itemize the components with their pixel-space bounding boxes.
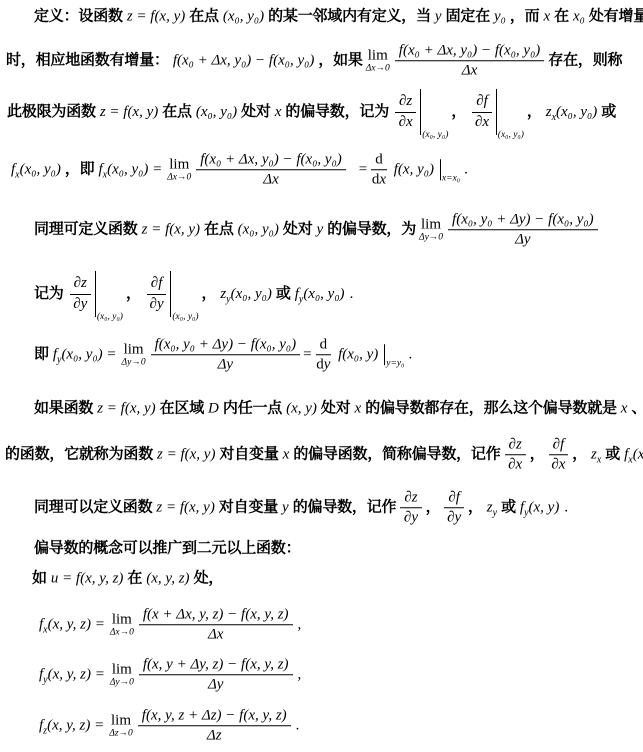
math-var: fx(x, y, z) = [39, 616, 105, 635]
punctuation: , [298, 666, 302, 685]
punctuation: ， [202, 285, 217, 304]
math-run: z = f(x, y) [142, 221, 200, 240]
fraction-numerator: d [371, 151, 387, 170]
eval-bar [95, 271, 96, 317]
fraction-numerator: f(x + Δx, y, z) − f(x, y, z) [139, 606, 293, 625]
text-run: 定义：设函数 [34, 8, 123, 27]
math-run: D [208, 400, 219, 419]
var-rest: (x, y, z) = [47, 718, 104, 734]
fraction-denominator: ∂x [399, 113, 413, 131]
eval-subscript: (x₀, y₀) [498, 130, 524, 142]
limit-label: lim [112, 612, 132, 627]
text-run: ，即 [65, 161, 95, 180]
d-symbol: d [375, 151, 383, 167]
math-run: z = f(x, y) [156, 499, 214, 518]
doc-line-1: 定义：设函数 z = f(x, y) 在点 (x₀, y₀) 的某一邻域内有定义… [33, 8, 643, 27]
eval-bar [420, 89, 421, 135]
var-rest: (x, y) [633, 447, 643, 463]
text-run: 或 [276, 285, 291, 304]
doc-line-9: 的函数，它就称为函数 z = f(x, y) 对自变量 x 的偏导函数，简称偏导… [4, 436, 643, 474]
limit-subscript: Δz→0 [109, 729, 133, 739]
math-var: fy(x, y) [520, 499, 559, 518]
eval-subscript: (x₀, y₀) [422, 130, 448, 142]
math-run: (x, y, z) [146, 570, 189, 589]
text-run: 如果函数 [34, 400, 93, 419]
math-run: f(x₀, y) [338, 346, 378, 365]
fraction-numerator: ∂z [505, 436, 526, 455]
fraction-denominator: ∂x [551, 456, 565, 474]
text-run: 对自变量 [219, 499, 278, 518]
limit-subscript: Δy→0 [419, 233, 443, 243]
text-run: 处， [194, 570, 224, 589]
evaluated-partial: ∂f∂x(x₀, y₀) [469, 89, 524, 135]
text-run: 如 [32, 570, 47, 589]
text-run: 即 [34, 346, 49, 365]
text-run: 或 [605, 446, 620, 465]
eval-subscript: (x₀, y₀) [172, 312, 198, 324]
fraction-numerator: ∂f [147, 275, 167, 294]
text-run: 偏导数的概念可以推广到二元以上函数： [34, 540, 300, 559]
math-var: zx(x₀, y₀) [546, 103, 598, 122]
math-var: fy(x₀, y₀) [295, 285, 345, 304]
fraction: f(x, y, z + Δz) − f(x, y, z)Δz [138, 707, 291, 745]
text-run: 的函数，它就称为函数 [5, 446, 153, 465]
fraction-numerator: ∂z [400, 489, 421, 508]
fraction-denominator: ∂x [508, 456, 522, 474]
evaluated-partial: ∂z∂x(x₀, y₀) [392, 89, 448, 135]
fraction-numerator: d [316, 336, 332, 355]
eval-subscript: y=y₀ [386, 359, 404, 371]
punctuation: . [464, 161, 468, 180]
math-run: y₀ [494, 8, 506, 27]
evaluated-partial: ∂f∂y(x₀, y₀) [144, 271, 199, 317]
math-var: fz(x, y, z) = [39, 717, 104, 736]
limit-operator: limΔy→0 [110, 662, 134, 688]
math-run: y [435, 8, 442, 27]
doc-line-8: 如果函数 z = f(x, y) 在区域 D 内任一点 (x, y) 处对 x … [33, 400, 643, 419]
evaluated-at: y=y₀ [383, 345, 404, 366]
text-run: 或 [601, 103, 616, 122]
fraction-numerator: ∂f [472, 93, 492, 112]
math-run: z = f(x, y) [127, 8, 185, 27]
fraction-numerator: f(x, y, z + Δz) − f(x, y, z) [138, 707, 291, 726]
math-run: x [543, 8, 550, 27]
text-run: 在 [554, 8, 569, 27]
var-rest: (x₀, y₀) [231, 286, 272, 302]
limit-operator: limΔy→0 [122, 342, 146, 368]
punctuation: ， [426, 499, 441, 518]
var-rest: (x, y, z) = [48, 617, 105, 633]
text-run: 同理可定义函数 [34, 221, 138, 240]
math-run: (x₀, y₀) [223, 8, 264, 27]
var-rest: (x₀, y₀) [303, 286, 344, 302]
fraction: f(x₀ + Δx, y₀) − f(x₀, y₀)Δx [395, 42, 545, 80]
limit-operator: limΔy→0 [419, 217, 443, 243]
text-run: 处对 [321, 400, 351, 419]
fraction-denominator: ∂y [150, 295, 164, 313]
text-run: 固定在 [446, 8, 490, 27]
math-run: f(x, y₀) [394, 161, 434, 180]
fraction-numerator: f(x, y + Δy, z) − f(x, y, z) [139, 656, 293, 675]
var-subscript: x [597, 455, 601, 466]
fraction-denominator: dy [316, 356, 330, 374]
eval-bar [384, 345, 385, 366]
fraction-denominator: Δy [218, 356, 233, 374]
var: x [379, 172, 386, 188]
text-run: 在点 [162, 103, 192, 122]
fraction-numerator: ∂z [70, 275, 91, 294]
doc-line-7: 即 fy(x₀, y₀) = limΔy→0 f(x₀, y₀ + Δy) − … [33, 336, 414, 374]
document-page: 定义：设函数 z = f(x, y) 在点 (x₀, y₀) 的某一邻域内有定义… [0, 0, 643, 752]
fraction-denominator: dx [372, 171, 386, 189]
text-run: 时，相应地函数有增量： [6, 52, 169, 71]
doc-line-15: fz(x, y, z) = limΔz→0 f(x, y, z + Δz) − … [36, 707, 301, 745]
eval-subscript: (x₀, y₀) [97, 312, 123, 324]
punctuation: 、 [631, 400, 643, 419]
eval-bar [170, 271, 171, 317]
punctuation: ， [126, 285, 141, 304]
equals-sign: = [359, 161, 367, 180]
doc-line-14: fy(x, y, z) = limΔy→0 f(x, y + Δy, z) − … [36, 656, 303, 694]
fraction: ∂z∂y [70, 275, 91, 313]
text-run: 记为 [34, 285, 64, 304]
text-run: 的偏导数，记作 [293, 499, 397, 518]
var-rest: (x₀, y₀) = [107, 162, 162, 178]
doc-line-5: 同理可定义函数 z = f(x, y) 在点 (x₀, y₀) 处对 y 的偏导… [33, 211, 601, 249]
math-run: z = f(x, y) [97, 400, 155, 419]
text-run: 或 [501, 499, 516, 518]
derivative-fraction: ddx [371, 151, 387, 189]
var-rest: (x, y) [529, 500, 560, 516]
limit-subscript: Δy→0 [110, 678, 134, 688]
fraction: ∂z∂y [400, 489, 421, 527]
var-rest: (x₀, y₀) = [61, 347, 116, 363]
text-run: 同理可以定义函数 [34, 499, 152, 518]
limit-label: lim [124, 342, 144, 357]
text-run: 存在，则称 [548, 52, 622, 71]
math-run: (x, y) [286, 400, 317, 419]
fraction: f(x + Δx, y, z) − f(x, y, z)Δx [139, 606, 293, 644]
punctuation: , [298, 616, 302, 635]
limit-subscript: Δy→0 [122, 358, 146, 368]
math-run: u = f(x, y, z) [51, 570, 124, 589]
doc-line-12: 如 u = f(x, y, z) 在 (x, y, z) 处， [31, 570, 224, 589]
math-run: x [275, 103, 282, 122]
var-rest: (x₀, y₀) [20, 162, 61, 178]
eval-subscript: x=x₀ [442, 174, 460, 186]
text-run: ，如果 [318, 52, 362, 71]
text-run: ，而 [510, 8, 540, 27]
limit-operator: limΔx→0 [110, 612, 134, 638]
punctuation: ， [527, 103, 542, 122]
fraction: ∂z∂x [505, 436, 526, 474]
text-run: 的某一邻域内有定义，当 [268, 8, 431, 27]
fraction-denominator: ∂y [73, 295, 87, 313]
text-run: 的偏导数，记为 [285, 103, 389, 122]
limit-operator: limΔz→0 [109, 713, 133, 739]
doc-line-10: 同理可以定义函数 z = f(x, y) 对自变量 y 的偏导数，记作 ∂z∂y… [33, 489, 570, 527]
math-run: x [283, 446, 290, 465]
text-run: 的偏导数，为 [327, 221, 416, 240]
math-run: y [282, 499, 289, 518]
text-run: 内任一点 [223, 400, 282, 419]
limit-label: lim [368, 48, 388, 63]
text-run: 的偏导数都存在，那么这个偏导数就是 [365, 400, 617, 419]
limit-operator: limΔx→0 [167, 157, 191, 183]
math-var: fy(x₀, y₀) = [53, 346, 117, 365]
punctuation: ， [468, 499, 483, 518]
limit-operator: limΔx→0 [366, 48, 390, 74]
d-symbol: d [320, 336, 328, 352]
limit-subscript: Δx→0 [110, 628, 134, 638]
doc-line-2: 时，相应地函数有增量： f(x₀ + Δx, y₀) − f(x₀, y₀) ，… [5, 42, 623, 80]
punctuation: . [296, 717, 300, 736]
equals-sign: = [303, 346, 311, 365]
text-run: 处有增量 [589, 8, 643, 27]
math-run: z = f(x, y) [100, 103, 158, 122]
d-symbol: d [316, 357, 324, 373]
text-run: 的偏导函数，简称偏导数，记作 [293, 446, 500, 465]
text-run: 处对 [283, 221, 313, 240]
fraction: f(x₀, y₀ + Δy) − f(x₀, y₀)Δy [151, 336, 301, 374]
doc-line-13: fx(x, y, z) = limΔx→0 f(x + Δx, y, z) − … [36, 606, 303, 644]
fraction-numerator: ∂z [395, 93, 416, 112]
math-run: x₀ [573, 8, 585, 27]
text-run: 在 [127, 570, 142, 589]
doc-line-6: 记为 ∂z∂y(x₀, y₀) ， ∂f∂y(x₀, y₀) ， zy(x₀, … [33, 271, 355, 317]
math-run: (x₀, y₀) [238, 221, 279, 240]
evaluated-at: x=x₀ [439, 160, 460, 181]
fraction-numerator: f(x₀ + Δx, y₀) − f(x₀, y₀) [395, 42, 545, 61]
fraction: f(x₀, y₀ + Δy) − f(x₀, y₀)Δy [448, 211, 598, 249]
math-var: fx(x, y) [624, 446, 643, 465]
doc-line-4: fx(x₀, y₀) ，即 fx(x₀, y₀) = limΔx→0 f(x₀ … [8, 151, 470, 189]
fraction-denominator: Δx [208, 626, 223, 644]
punctuation: ， [572, 446, 587, 465]
fraction: ∂f∂y [147, 275, 167, 313]
text-run: 对自变量 [219, 446, 278, 465]
limit-label: lim [112, 662, 132, 677]
fraction: ∂z∂x [395, 93, 416, 131]
limit-label: lim [169, 157, 189, 172]
fraction-numerator: f(x₀, y₀ + Δy) − f(x₀, y₀) [151, 336, 301, 355]
punctuation: ， [451, 103, 466, 122]
evaluated-partial: ∂z∂y(x₀, y₀) [67, 271, 123, 317]
fraction: ∂f∂x [549, 436, 569, 474]
fraction-numerator: f(x₀, y₀ + Δy) − f(x₀, y₀) [448, 211, 598, 230]
fraction-denominator: Δy [515, 231, 530, 249]
math-var: zx [591, 446, 601, 465]
var-subscript: y [493, 508, 497, 519]
fraction: ∂f∂x [472, 93, 492, 131]
var: y [324, 357, 331, 373]
math-var: fx(x₀, y₀) [11, 161, 61, 180]
math-run: x [621, 400, 628, 419]
math-run: (x₀, y₀) [196, 103, 237, 122]
eval-bar [496, 89, 497, 135]
fraction: ∂f∂y [444, 489, 464, 527]
math-run: y [317, 221, 324, 240]
text-run: 在点 [204, 221, 234, 240]
fraction-denominator: ∂y [447, 509, 461, 527]
punctuation: . [350, 285, 354, 304]
text-run: 处对 [241, 103, 271, 122]
math-var: fx(x₀, y₀) = [98, 161, 162, 180]
punctuation: ， [530, 446, 545, 465]
math-var: zy [487, 499, 497, 518]
fraction-denominator: ∂y [404, 509, 418, 527]
math-run: f(x₀ + Δx, y₀) − f(x₀, y₀) [173, 52, 315, 71]
var-rest: (x, y, z) = [48, 667, 105, 683]
punctuation: . [564, 499, 568, 518]
fraction-numerator: f(x₀ + Δx, y₀) − f(x₀, y₀) [196, 151, 346, 170]
text-run: 在点 [189, 8, 219, 27]
derivative-fraction: ddy [316, 336, 332, 374]
math-var: zy(x₀, y₀) [220, 285, 272, 304]
fraction-numerator: ∂f [444, 489, 464, 508]
math-run: x [355, 400, 362, 419]
fraction-denominator: Δx [462, 62, 477, 80]
fraction: f(x, y + Δy, z) − f(x, y, z)Δy [139, 656, 293, 694]
punctuation: . [408, 346, 412, 365]
limit-subscript: Δx→0 [167, 173, 191, 183]
fraction: f(x₀ + Δx, y₀) − f(x₀, y₀)Δx [196, 151, 346, 189]
text-run: 此极限为函数 [7, 103, 96, 122]
eval-bar [440, 160, 441, 181]
math-var: fy(x, y, z) = [39, 666, 105, 685]
fraction-denominator: Δz [207, 727, 222, 745]
var-rest: (x₀, y₀) [556, 104, 597, 120]
fraction-denominator: Δy [208, 676, 223, 694]
limit-label: lim [111, 713, 131, 728]
limit-subscript: Δx→0 [366, 64, 390, 74]
math-run: z = f(x, y) [157, 446, 215, 465]
fraction-numerator: ∂f [549, 436, 569, 455]
doc-line-11: 偏导数的概念可以推广到二元以上函数： [33, 540, 301, 559]
doc-line-3: 此极限为函数 z = f(x, y) 在点 (x₀, y₀) 处对 x 的偏导数… [6, 89, 617, 135]
fraction-denominator: ∂x [475, 113, 489, 131]
limit-label: lim [421, 217, 441, 232]
text-run: 在区域 [160, 400, 204, 419]
fraction-denominator: Δx [263, 171, 278, 189]
